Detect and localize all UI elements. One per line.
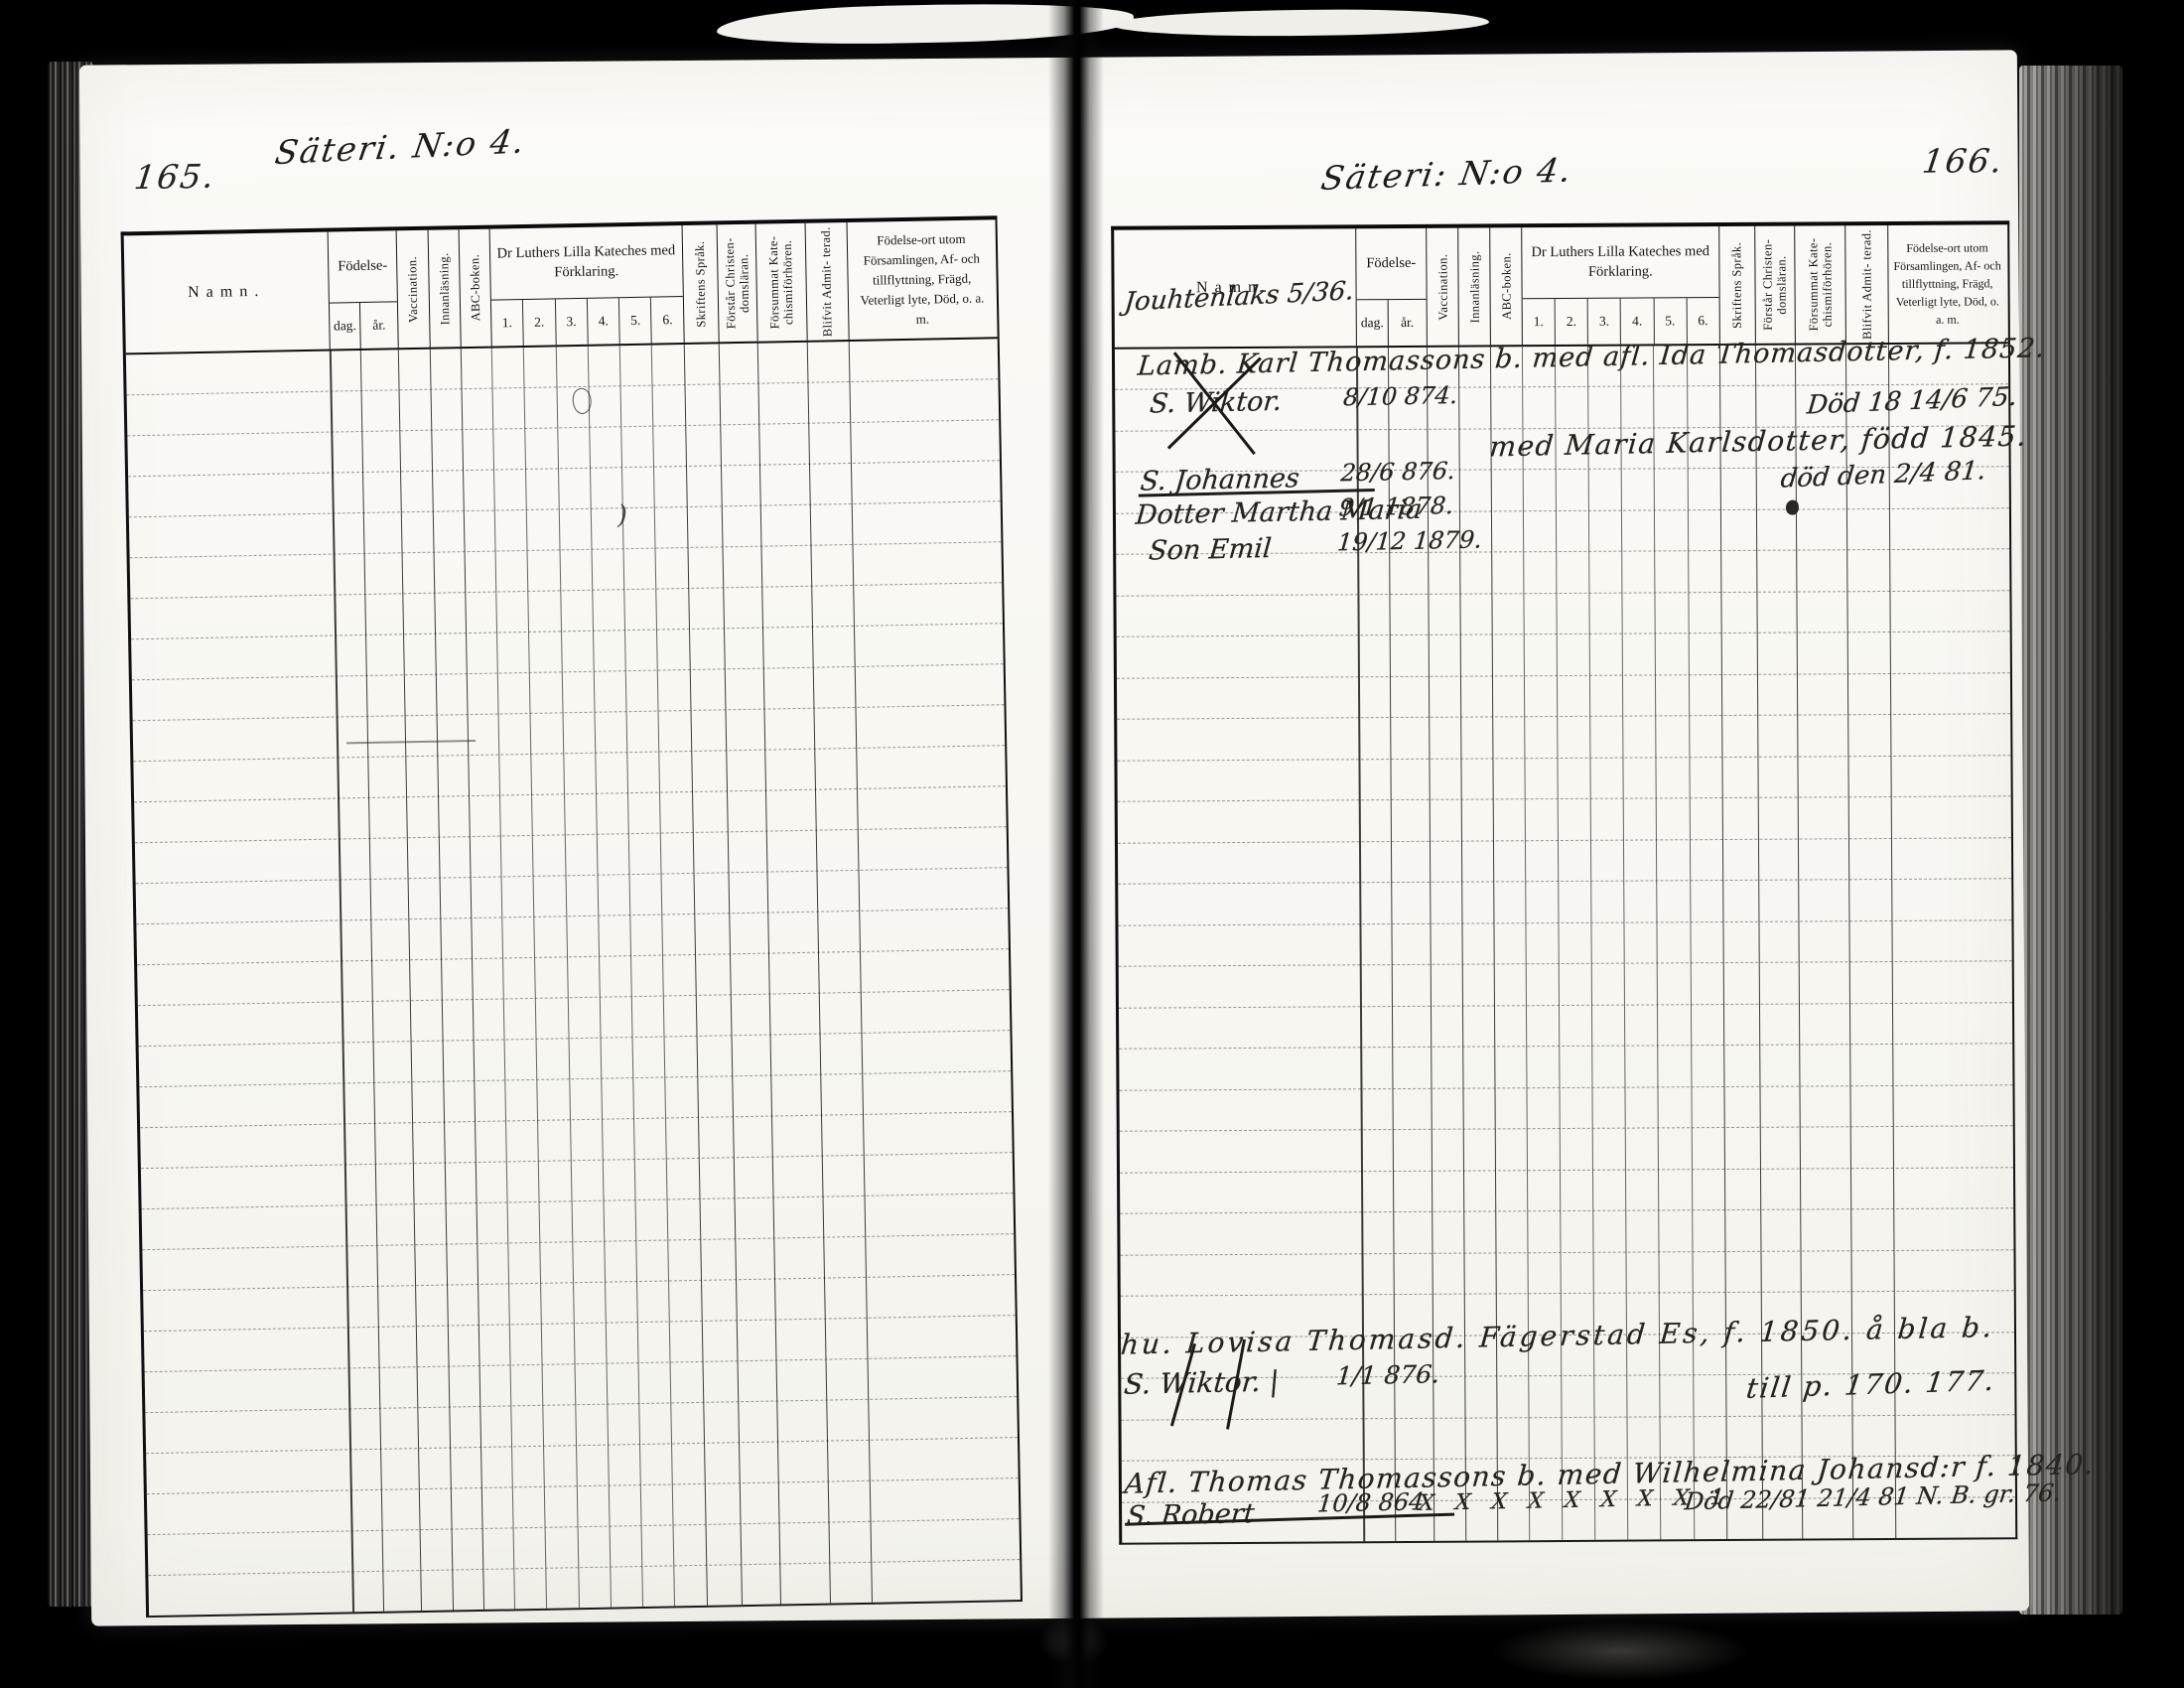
- scan-smudge: [1494, 1622, 1747, 1680]
- column-rule: [848, 339, 1020, 1603]
- katekes-subheaders: 1. 2. 3. 4. 5. 6.: [491, 296, 684, 347]
- entry-son-johannes-birthdate: 28/6 876.: [1340, 457, 1456, 487]
- fodelseort-label: Födelse-ort utom Församlingen, Af- och t…: [1893, 238, 2001, 329]
- fodelseort-label: Födelse-ort utom Församlingen, Af- och t…: [854, 228, 990, 331]
- column-header-dag: dag.: [1357, 300, 1388, 346]
- right-page: 166. Säteri: N:o 4. Namn. Födelse- dag. …: [1088, 52, 2039, 1631]
- column-header-vaccination: Vaccination.: [396, 230, 430, 349]
- entry-son-wiktor2-name: S. Wiktor. |: [1123, 1365, 1281, 1401]
- katekes-subheaders: 1. 2. 3. 4. 5. 6.: [1523, 297, 1719, 345]
- forstar-label: Förstår Christen- domsläran.: [1760, 229, 1789, 341]
- skriftens-sprak-label: Skriftens Språk.: [693, 240, 709, 327]
- entry-son-emil-name: Son Emil: [1148, 533, 1273, 566]
- abc-boken-label: ABC-boken.: [1499, 253, 1513, 321]
- abc-boken-label: ABC-boken.: [468, 254, 482, 322]
- left-page-heading: Säteri. N:o 4.: [273, 121, 529, 172]
- entry-daughter-martha-birthdate: 9/1 1878.: [1338, 492, 1454, 521]
- blifvit-label: Blifvit Admit- terad.: [1859, 229, 1874, 340]
- column-header-namn-label: Namn.: [188, 283, 265, 302]
- column-header-forstar-christendomslaran: Förstår Christen- domsläran.: [716, 224, 756, 343]
- census-table-left: Namn. Födelse- dag. år. Vaccination. Inn…: [121, 215, 1023, 1618]
- forsummat-label: Försummat Kate- chismiförhören.: [1806, 228, 1835, 340]
- column-header-forsummat-katechismforhoren: Försummat Kate- chismiförhören.: [1794, 225, 1845, 343]
- entry-son-robert-name: S. Robert: [1126, 1498, 1256, 1532]
- fodelse-subheaders: dag. år.: [1357, 299, 1427, 346]
- crossed-out-mark: [1156, 370, 1273, 437]
- fodelse-subheaders: dag. år.: [330, 301, 398, 349]
- column-header-abc-boken: ABC-boken.: [1489, 227, 1521, 345]
- column-rules: [126, 339, 1021, 1616]
- katekes-sub-2: 2.: [522, 299, 555, 346]
- column-rule: [1845, 345, 1895, 1538]
- column-header-skriftens-sprak: Skriftens Språk.: [681, 224, 718, 343]
- column-header-vaccination: Vaccination.: [1426, 228, 1458, 346]
- column-header-innanlasning: Innanläsning.: [1458, 227, 1490, 345]
- innanlasning-label: Innanläsning.: [1467, 250, 1481, 323]
- column-rule: [1888, 344, 2014, 1538]
- vaccination-label: Vaccination.: [1435, 253, 1449, 320]
- katekes-sub-3: 3.: [1587, 299, 1620, 345]
- blifvit-label: Blifvit Admit- terad.: [819, 226, 835, 337]
- column-header-blifvit-admitterad: Blifvit Admit- terad.: [1844, 225, 1888, 343]
- right-page-number: 166.: [1920, 141, 2006, 181]
- katekes-sub-1: 1.: [491, 300, 523, 347]
- fodelse-title: Födelse-: [1356, 228, 1426, 299]
- ink-mark: ): [617, 500, 628, 530]
- column-header-ar: år.: [359, 302, 398, 349]
- entry-son-emil-birthdate: 19/12 1879.: [1336, 525, 1483, 556]
- vaccination-label: Vaccination.: [406, 255, 421, 322]
- katekes-sub-5: 5.: [618, 298, 651, 345]
- book-binding-gutter-shadow: [1048, 0, 1104, 1688]
- forsummat-label: Försummat Kate- chismiförhören.: [766, 226, 796, 338]
- column-header-blifvit-admitterad: Blifvit Admit- terad.: [804, 222, 848, 341]
- column-header-namn: Namn.: [124, 232, 330, 353]
- column-header-skriftens-sprak: Skriftens Språk.: [1718, 226, 1755, 344]
- column-header-forsummat-katechismforhoren: Försummat Kate- chismiförhören.: [754, 223, 806, 342]
- column-header-katekes: Dr Luthers Lilla Kateches med Förklaring…: [1521, 226, 1718, 345]
- katekes-sub-6: 6.: [1686, 298, 1718, 344]
- column-rule: [1794, 345, 1852, 1538]
- fodelse-title: Födelse-: [329, 230, 397, 302]
- column-header-forstar-christendomslaran: Förstår Christen- domsläran.: [1754, 226, 1795, 344]
- scanned-book-photo: 165. Säteri. N:o 4. Namn. Födelse- dag. …: [0, 0, 2184, 1688]
- column-header-abc-boken: ABC-boken.: [459, 229, 491, 348]
- katekes-sub-5: 5.: [1653, 298, 1686, 344]
- entry-son-wiktor-birthdate: 8/10 874.: [1342, 381, 1458, 411]
- skriftens-sprak-label: Skriftens Språk.: [1729, 241, 1744, 328]
- column-header-ar: år.: [1388, 300, 1427, 346]
- column-header-fodelseort: Födelse-ort utom Församlingen, Af- och t…: [846, 219, 997, 340]
- katekes-sub-2: 2.: [1555, 299, 1587, 345]
- katekes-title: Dr Luthers Lilla Kateches med Förklaring…: [1522, 226, 1718, 298]
- table-body-left: [126, 339, 1021, 1616]
- katekes-sub-1: 1.: [1523, 299, 1555, 345]
- table-header: Namn. Födelse- dag. år. Vaccination. Inn…: [124, 219, 998, 354]
- column-header-dag: dag.: [330, 303, 360, 350]
- column-rule: [126, 352, 352, 1617]
- katekes-sub-4: 4.: [587, 298, 619, 345]
- right-page-heading: Säteri: N:o 4.: [1318, 150, 1575, 198]
- left-page-number: 165.: [132, 157, 217, 198]
- katekes-sub-3: 3.: [554, 299, 587, 346]
- column-header-katekes: Dr Luthers Lilla Kateches med Förklaring…: [489, 225, 684, 347]
- entry-son-wiktor2-birthdate: 1/1 876.: [1335, 1359, 1440, 1390]
- katekes-sub-4: 4.: [1620, 298, 1653, 344]
- katekes-title: Dr Luthers Lilla Kateches med Förklaring…: [490, 225, 683, 300]
- innanlasning-label: Innanläsning.: [437, 252, 452, 325]
- ink-mark: [1786, 500, 1799, 515]
- column-header-fodelse: Födelse- dag. år.: [1355, 228, 1426, 346]
- column-header-innanlasning: Innanläsning.: [428, 229, 461, 348]
- column-header-fodelseort: Födelse-ort utom Församlingen, Af- och t…: [1887, 224, 2006, 343]
- column-header-fodelse: Födelse- dag. år.: [328, 230, 398, 349]
- left-page: 165. Säteri. N:o 4. Namn. Födelse- dag. …: [77, 46, 1089, 1637]
- entry-son-robert-birthdate: 10/8 864: [1316, 1487, 1426, 1517]
- katekes-sub-6: 6.: [650, 297, 683, 344]
- book-top-page-edges: [1112, 7, 1489, 38]
- forstar-label: Förstår Christen- domsläran.: [722, 227, 751, 339]
